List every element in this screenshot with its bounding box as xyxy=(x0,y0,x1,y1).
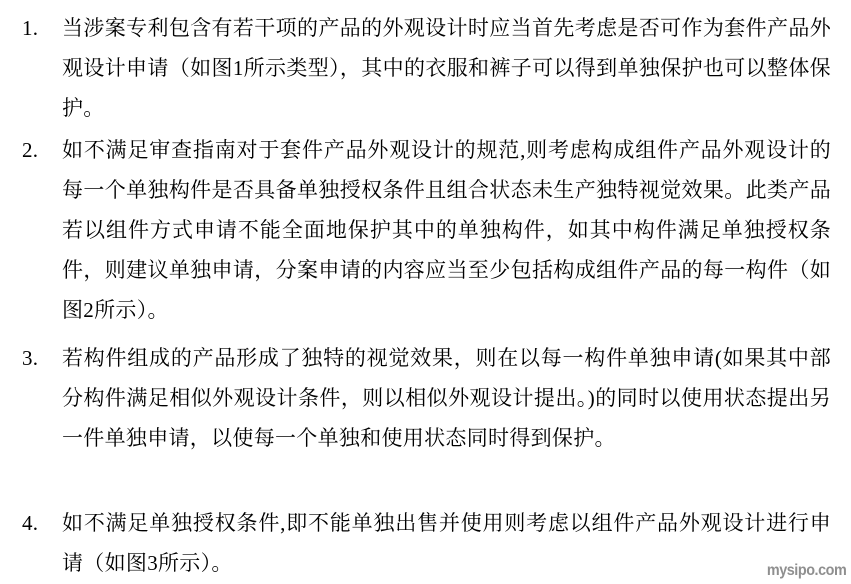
list-item: 4. 如不满足单独授权条件,即不能单独出售并使用则考虑以组件产品外观设计进行申请… xyxy=(22,503,831,583)
site-watermark: mysipo.com xyxy=(766,562,846,580)
list-item: 1. 当涉案专利包含有若干项的产品的外观设计时应当首先考虑是否可作为套件产品外观… xyxy=(22,8,831,128)
item-text: 当涉案专利包含有若干项的产品的外观设计时应当首先考虑是否可作为套件产品外观设计申… xyxy=(62,8,831,128)
item-number: 3. xyxy=(22,338,62,458)
item-text: 若构件组成的产品形成了独特的视觉效果，则在以每一构件单独申请(如果其中部分构件满… xyxy=(62,338,831,458)
list-item: 3. 若构件组成的产品形成了独特的视觉效果，则在以每一构件单独申请(如果其中部分… xyxy=(22,338,831,458)
item-number: 2. xyxy=(22,130,62,330)
item-text: 如不满足审查指南对于套件产品外观设计的规范,则考虑构成组件产品外观设计的每一个单… xyxy=(62,130,831,330)
item-number: 4. xyxy=(22,503,62,583)
document-page: { "page": { "background": "#ffffff", "te… xyxy=(0,0,851,584)
item-text: 如不满足单独授权条件,即不能单独出售并使用则考虑以组件产品外观设计进行申请（如图… xyxy=(62,503,831,583)
item-number: 1. xyxy=(22,8,62,128)
numbered-list: 1. 当涉案专利包含有若干项的产品的外观设计时应当首先考虑是否可作为套件产品外观… xyxy=(22,8,831,583)
list-item: 2. 如不满足审查指南对于套件产品外观设计的规范,则考虑构成组件产品外观设计的每… xyxy=(22,130,831,330)
